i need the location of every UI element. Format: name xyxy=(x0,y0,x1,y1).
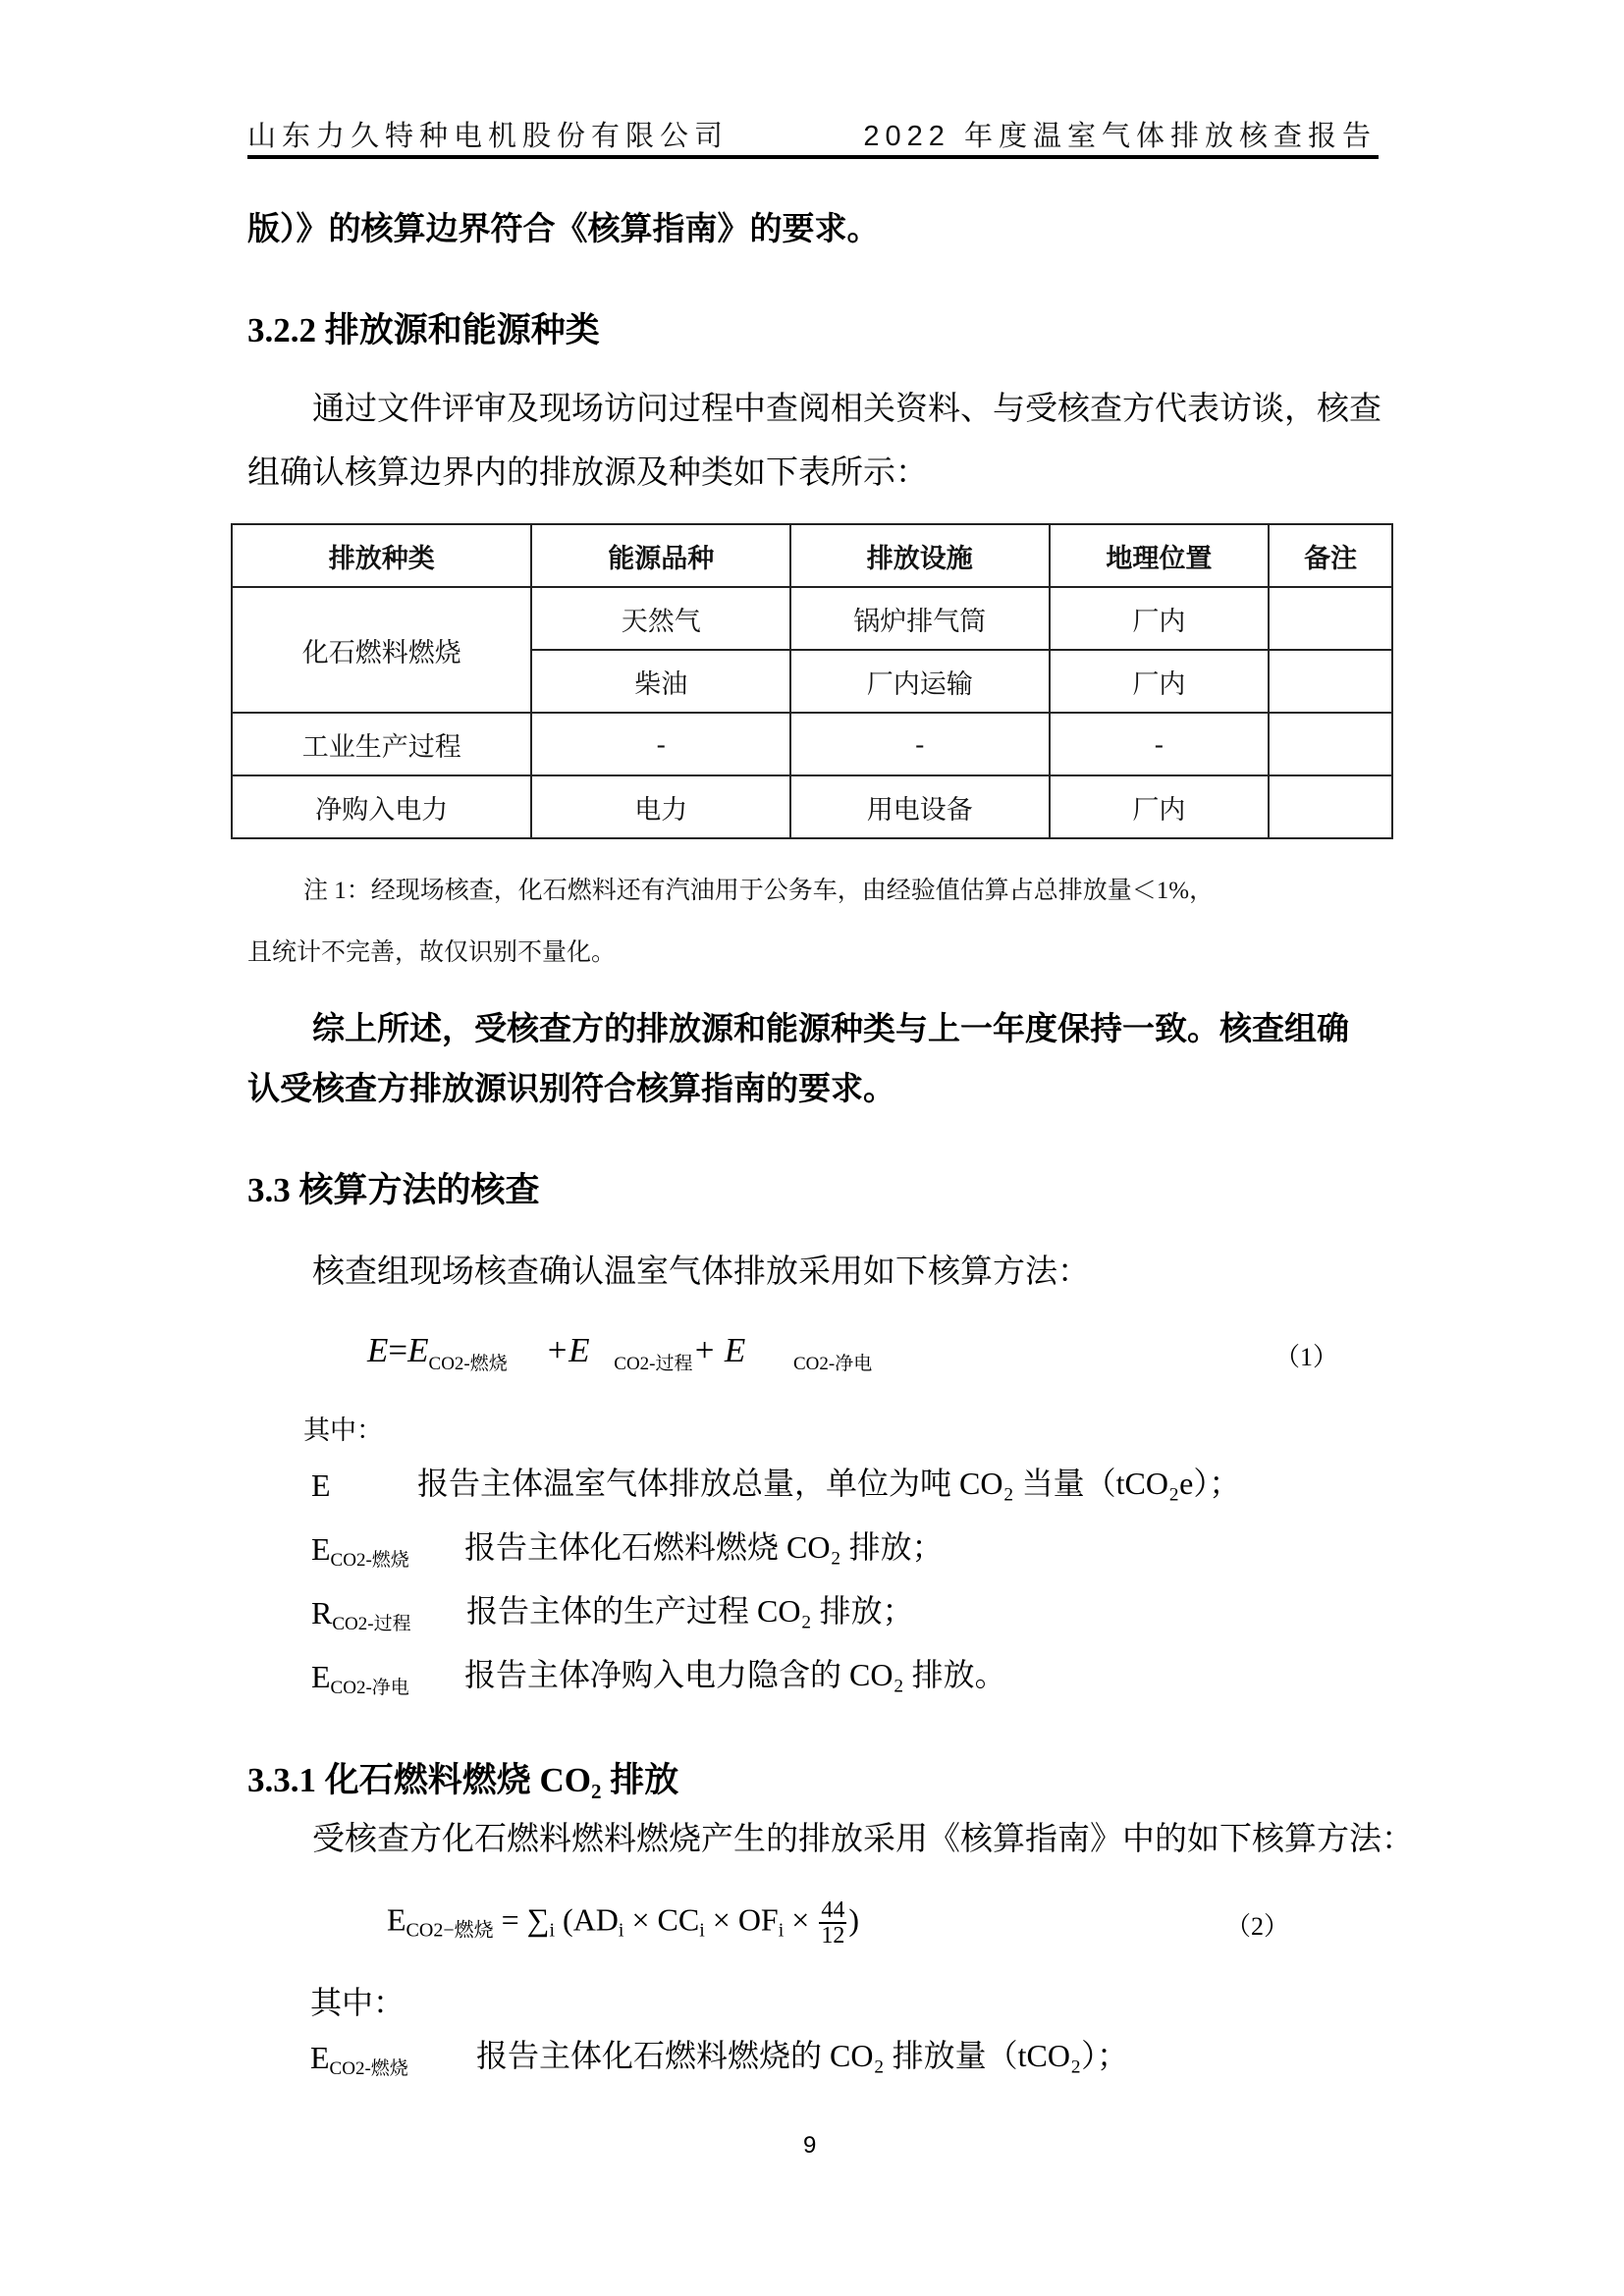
subscript: CO2-净电 xyxy=(331,1678,409,1698)
conclusion-line: 综上所述，受核查方的排放源和能源种类与上一年度保持一致。核查组确 xyxy=(312,1012,1349,1044)
cell-energy: - xyxy=(531,713,790,775)
cell-remark xyxy=(1269,775,1392,838)
cell-facility: 用电设备 xyxy=(790,775,1050,838)
cell-energy: 柴油 xyxy=(531,650,790,713)
cell-category: 化石燃料燃烧 xyxy=(232,587,531,713)
section-heading-3-2-2: 3.2.2 排放源和能源种类 xyxy=(247,303,600,352)
definition-text: 报告主体化石燃料燃烧 CO₂ 排放； xyxy=(464,1531,944,1563)
formula-symbol: E xyxy=(387,1901,406,1937)
section-heading-3-3: 3.3 核算方法的核查 xyxy=(247,1163,540,1212)
symbol: E xyxy=(310,2040,330,2075)
formula-operator: = xyxy=(388,1331,407,1369)
definition-text: 报告主体化石燃料燃烧的 CO₂ 排放量（tCO₂）； xyxy=(476,2040,1128,2071)
column-header-facility: 排放设施 xyxy=(790,524,1050,587)
table-row: 工业生产过程 - - - xyxy=(232,713,1392,775)
table-row: 化石燃料燃烧 天然气 锅炉排气筒 厂内 xyxy=(232,587,1392,650)
cell-category: 工业生产过程 xyxy=(232,713,531,775)
formula-term: × OF xyxy=(705,1901,779,1937)
paragraph-line: 通过文件评审及现场访问过程中查阅相关资料、与受核查方代表访谈，核查 xyxy=(312,394,1381,426)
formula-1: E=ECO2-燃烧 +E CO2-过程+ E CO2-净电 xyxy=(367,1331,872,1375)
formula-symbol: E xyxy=(367,1331,388,1369)
formula-number: （1） xyxy=(1274,1337,1338,1373)
formula-symbol: + E xyxy=(693,1331,746,1369)
symbol: R xyxy=(311,1595,332,1630)
definition-symbol: E xyxy=(311,1468,331,1504)
formula-term: (AD xyxy=(555,1901,619,1937)
conclusion-line: 认受核查方排放源识别符合核算指南的要求。 xyxy=(247,1072,895,1104)
cell-facility: 厂内运输 xyxy=(790,650,1050,713)
subscript: CO2-燃烧 xyxy=(330,2058,408,2079)
cell-energy: 电力 xyxy=(531,775,790,838)
header-company-name: 山东力久特种电机股份有限公司 xyxy=(247,114,729,154)
formula-symbol: E xyxy=(407,1331,428,1369)
formula-term: × xyxy=(784,1901,817,1937)
fraction-numerator: 44 xyxy=(819,1898,846,1924)
cell-facility: - xyxy=(790,713,1050,775)
formula-subscript: CO2−燃烧 xyxy=(406,1919,494,1941)
cell-location: - xyxy=(1050,713,1270,775)
cell-energy: 天然气 xyxy=(531,587,790,650)
cell-remark xyxy=(1269,587,1392,650)
cell-location: 厂内 xyxy=(1050,587,1270,650)
header-report-title: 2022 年度温室气体排放核查报告 xyxy=(863,114,1377,154)
definition-text: 报告主体的生产过程 CO₂ 排放； xyxy=(466,1595,914,1627)
definition-symbol: RCO2-过程 xyxy=(311,1595,411,1635)
cell-category: 净购入电力 xyxy=(232,775,531,838)
paragraph: 核查组现场核查确认温室气体排放采用如下核算方法： xyxy=(312,1256,1090,1289)
formula-subscript: CO2-净电 xyxy=(793,1354,872,1374)
definition-symbol: ECO2-净电 xyxy=(311,1659,409,1699)
formula-subscript: CO2-燃烧 xyxy=(429,1354,508,1374)
formula-sum: = ∑ xyxy=(494,1901,550,1937)
symbol: E xyxy=(311,1659,331,1694)
where-label: 其中： xyxy=(303,1409,383,1447)
definition-text: 报告主体净购入电力隐含的 CO₂ 排放。 xyxy=(464,1659,1006,1690)
formula-symbol: +E xyxy=(546,1331,590,1369)
table-header-row: 排放种类 能源品种 排放设施 地理位置 备注 xyxy=(232,524,1392,587)
formula-2: ECO2−燃烧 = ∑i (ADi × CCi × OFi × 4412) xyxy=(387,1898,859,1948)
cell-location: 厂内 xyxy=(1050,775,1270,838)
cell-facility: 锅炉排气筒 xyxy=(790,587,1050,650)
table-note-line: 且统计不完善，故仅识别不量化。 xyxy=(247,933,616,968)
formula-subscript: CO2-过程 xyxy=(614,1354,692,1374)
symbol: E xyxy=(311,1468,331,1503)
paragraph-line: 组确认核算边界内的排放源及种类如下表所示： xyxy=(247,457,928,490)
column-header-energy: 能源品种 xyxy=(531,524,790,587)
column-header-category: 排放种类 xyxy=(232,524,531,587)
definition-text: 报告主体温室气体排放总量，单位为吨 CO₂ 当量（tCO₂e）； xyxy=(417,1468,1240,1499)
formula-term: ) xyxy=(848,1901,859,1937)
paragraph: 受核查方化石燃料燃料燃烧产生的排放采用《核算指南》中的如下核算方法： xyxy=(312,1824,1414,1856)
definition-symbol: ECO2-燃烧 xyxy=(311,1531,409,1572)
table-row: 净购入电力 电力 用电设备 厂内 xyxy=(232,775,1392,838)
formula-number: （2） xyxy=(1225,1906,1289,1943)
emission-sources-table: 排放种类 能源品种 排放设施 地理位置 备注 化石燃料燃烧 天然气 锅炉排气筒 … xyxy=(231,523,1393,839)
header-divider xyxy=(247,155,1379,159)
fraction: 4412 xyxy=(819,1898,846,1948)
symbol: E xyxy=(311,1531,331,1567)
section-heading-3-3-1: 3.3.1 化石燃料燃烧 CO₂ 排放 xyxy=(247,1753,678,1802)
page-number: 9 xyxy=(803,2132,816,2160)
cell-remark xyxy=(1269,650,1392,713)
cell-location: 厂内 xyxy=(1050,650,1270,713)
cell-remark xyxy=(1269,713,1392,775)
subscript: CO2-过程 xyxy=(332,1614,410,1634)
subscript: CO2-燃烧 xyxy=(331,1550,409,1571)
table-note-line: 注 1：经现场核查，化石燃料还有汽油用于公务车，由经验值估算占总排放量＜1%， xyxy=(303,871,1214,906)
fraction-denominator: 12 xyxy=(819,1924,846,1948)
column-header-remark: 备注 xyxy=(1269,524,1392,587)
definition-symbol: ECO2-燃烧 xyxy=(310,2040,408,2080)
column-header-location: 地理位置 xyxy=(1050,524,1270,587)
formula-term: × CC xyxy=(623,1901,699,1937)
intro-line: 版）》的核算边界符合《核算指南》的要求。 xyxy=(247,212,880,244)
where-label: 其中： xyxy=(310,1978,405,2023)
